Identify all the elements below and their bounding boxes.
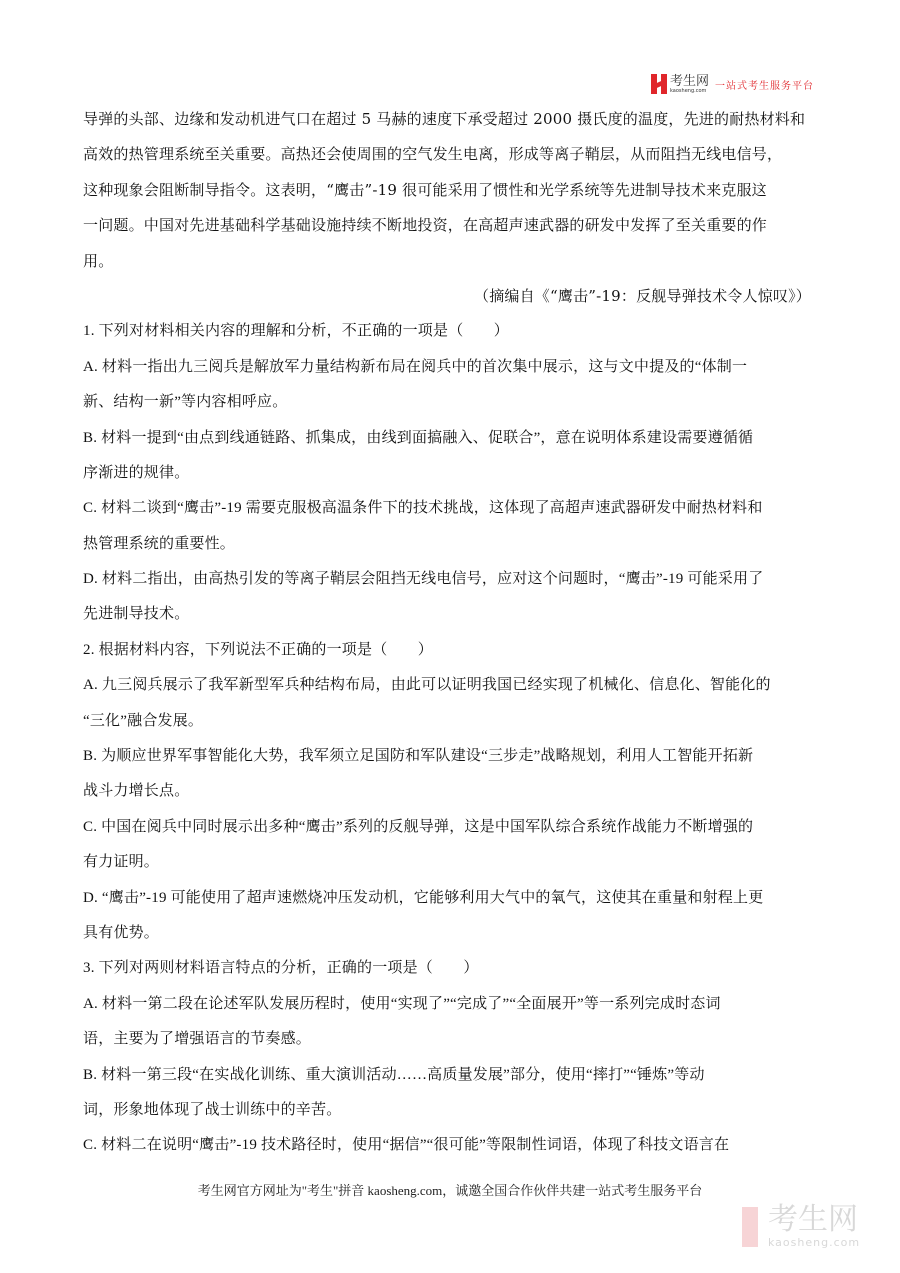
kaosheng-logo-icon — [651, 74, 667, 94]
option-d-line: 具有优势。 — [83, 916, 823, 951]
option-b-line: B. 材料一提到“由点到线通链路、抓集成，由线到面搞融入、促联合”，意在说明体系… — [83, 421, 823, 456]
passage: 导弹的头部、边缘和发动机进气口在超过 5 马赫的速度下承受超过 2000 摄氏度… — [83, 102, 823, 314]
option-b-line: 词，形象地体现了战士训练中的辛苦。 — [83, 1093, 823, 1128]
option-c-line: C. 材料二在说明“鹰击”-19 技术路径时，使用“据信”“很可能”等限制性词语… — [83, 1128, 823, 1163]
option-d-line: D. “鹰击”-19 可能使用了超声速燃烧冲压发动机，它能够利用大气中的氧气，这… — [83, 881, 823, 916]
logo-slogan: 一站式考生服务平台 — [715, 77, 814, 92]
option-b-line: B. 材料一第三段“在实战化训练、重大演训活动……高质量发展”部分，使用“摔打”… — [83, 1058, 823, 1093]
option-a-line: A. 材料一第二段在论述军队发展历程时，使用“实现了”“完成了”“全面展开”等一… — [83, 987, 823, 1022]
option-c-line: 有力证明。 — [83, 845, 823, 880]
passage-line: 用。 — [83, 244, 823, 279]
watermark-en: kaosheng.com — [768, 1237, 860, 1248]
option-b-line: 战斗力增长点。 — [83, 774, 823, 809]
option-b-line: B. 为顺应世界军事智能化大势，我军须立足国防和军队建设“三步走”战略规划，利用… — [83, 739, 823, 774]
watermark-logo: 考生网 kaosheng.com — [742, 1205, 860, 1248]
question-2: 2. 根据材料内容，下列说法不正确的一项是（ ） A. 九三阅兵展示了我军新型军… — [83, 633, 823, 952]
question-stem: 2. 根据材料内容，下列说法不正确的一项是（ ） — [83, 633, 823, 668]
question-3: 3. 下列对两则材料语言特点的分析，正确的一项是（ ） A. 材料一第二段在论述… — [83, 951, 823, 1163]
question-stem: 1. 下列对材料相关内容的理解和分析，不正确的一项是（ ） — [83, 314, 823, 349]
question-1: 1. 下列对材料相关内容的理解和分析，不正确的一项是（ ） A. 材料一指出九三… — [83, 314, 823, 633]
option-a-line: 新、结构一新”等内容相呼应。 — [83, 385, 823, 420]
watermark-cn: 考生网 — [768, 1205, 860, 1235]
option-c-line: C. 材料二谈到“鹰击”-19 需要克服极高温条件下的技术挑战，这体现了高超声速… — [83, 491, 823, 526]
watermark-text: 考生网 kaosheng.com — [768, 1205, 860, 1248]
option-a-line: 语，主要为了增强语言的节奏感。 — [83, 1022, 823, 1057]
question-stem: 3. 下列对两则材料语言特点的分析，正确的一项是（ ） — [83, 951, 823, 986]
header-logo: 考生网 kaosheng.com 一站式考生服务平台 — [651, 73, 814, 95]
logo-cn: 考生网 — [670, 75, 709, 88]
option-d-line: 先进制导技术。 — [83, 597, 823, 632]
logo-text: 考生网 kaosheng.com — [670, 75, 709, 94]
option-a-line: “三化”融合发展。 — [83, 704, 823, 739]
passage-line: 这种现象会阻断制导指令。这表明，“鹰击”-19 很可能采用了惯性和光学系统等先进… — [83, 173, 823, 208]
document-body: 导弹的头部、边缘和发动机进气口在超过 5 马赫的速度下承受超过 2000 摄氏度… — [83, 102, 823, 1164]
option-d-line: D. 材料二指出，由高热引发的等离子鞘层会阻挡无线电信号，应对这个问题时，“鹰击… — [83, 562, 823, 597]
watermark-mark-icon — [742, 1207, 758, 1247]
passage-source: （摘编自《“鹰击”-19：反舰导弹技术令人惊叹》） — [83, 279, 823, 314]
option-a-line: A. 材料一指出九三阅兵是解放军力量结构新布局在阅兵中的首次集中展示，这与文中提… — [83, 350, 823, 385]
logo-en: kaosheng.com — [670, 89, 709, 94]
passage-line: 一问题。中国对先进基础科学基础设施持续不断地投资，在高超声速武器的研发中发挥了至… — [83, 208, 823, 243]
footer-text: 考生网官方网址为"考生"拼音 kaosheng.com，诚邀全国合作伙伴共建一站… — [0, 1180, 900, 1199]
option-a-line: A. 九三阅兵展示了我军新型军兵种结构布局，由此可以证明我国已经实现了机械化、信… — [83, 668, 823, 703]
passage-line: 高效的热管理系统至关重要。高热还会使周围的空气发生电离，形成等离子鞘层，从而阻挡… — [83, 137, 823, 172]
option-b-line: 序渐进的规律。 — [83, 456, 823, 491]
option-c-line: C. 中国在阅兵中同时展示出多种“鹰击”系列的反舰导弹，这是中国军队综合系统作战… — [83, 810, 823, 845]
passage-line: 导弹的头部、边缘和发动机进气口在超过 5 马赫的速度下承受超过 2000 摄氏度… — [83, 102, 823, 137]
option-c-line: 热管理系统的重要性。 — [83, 527, 823, 562]
